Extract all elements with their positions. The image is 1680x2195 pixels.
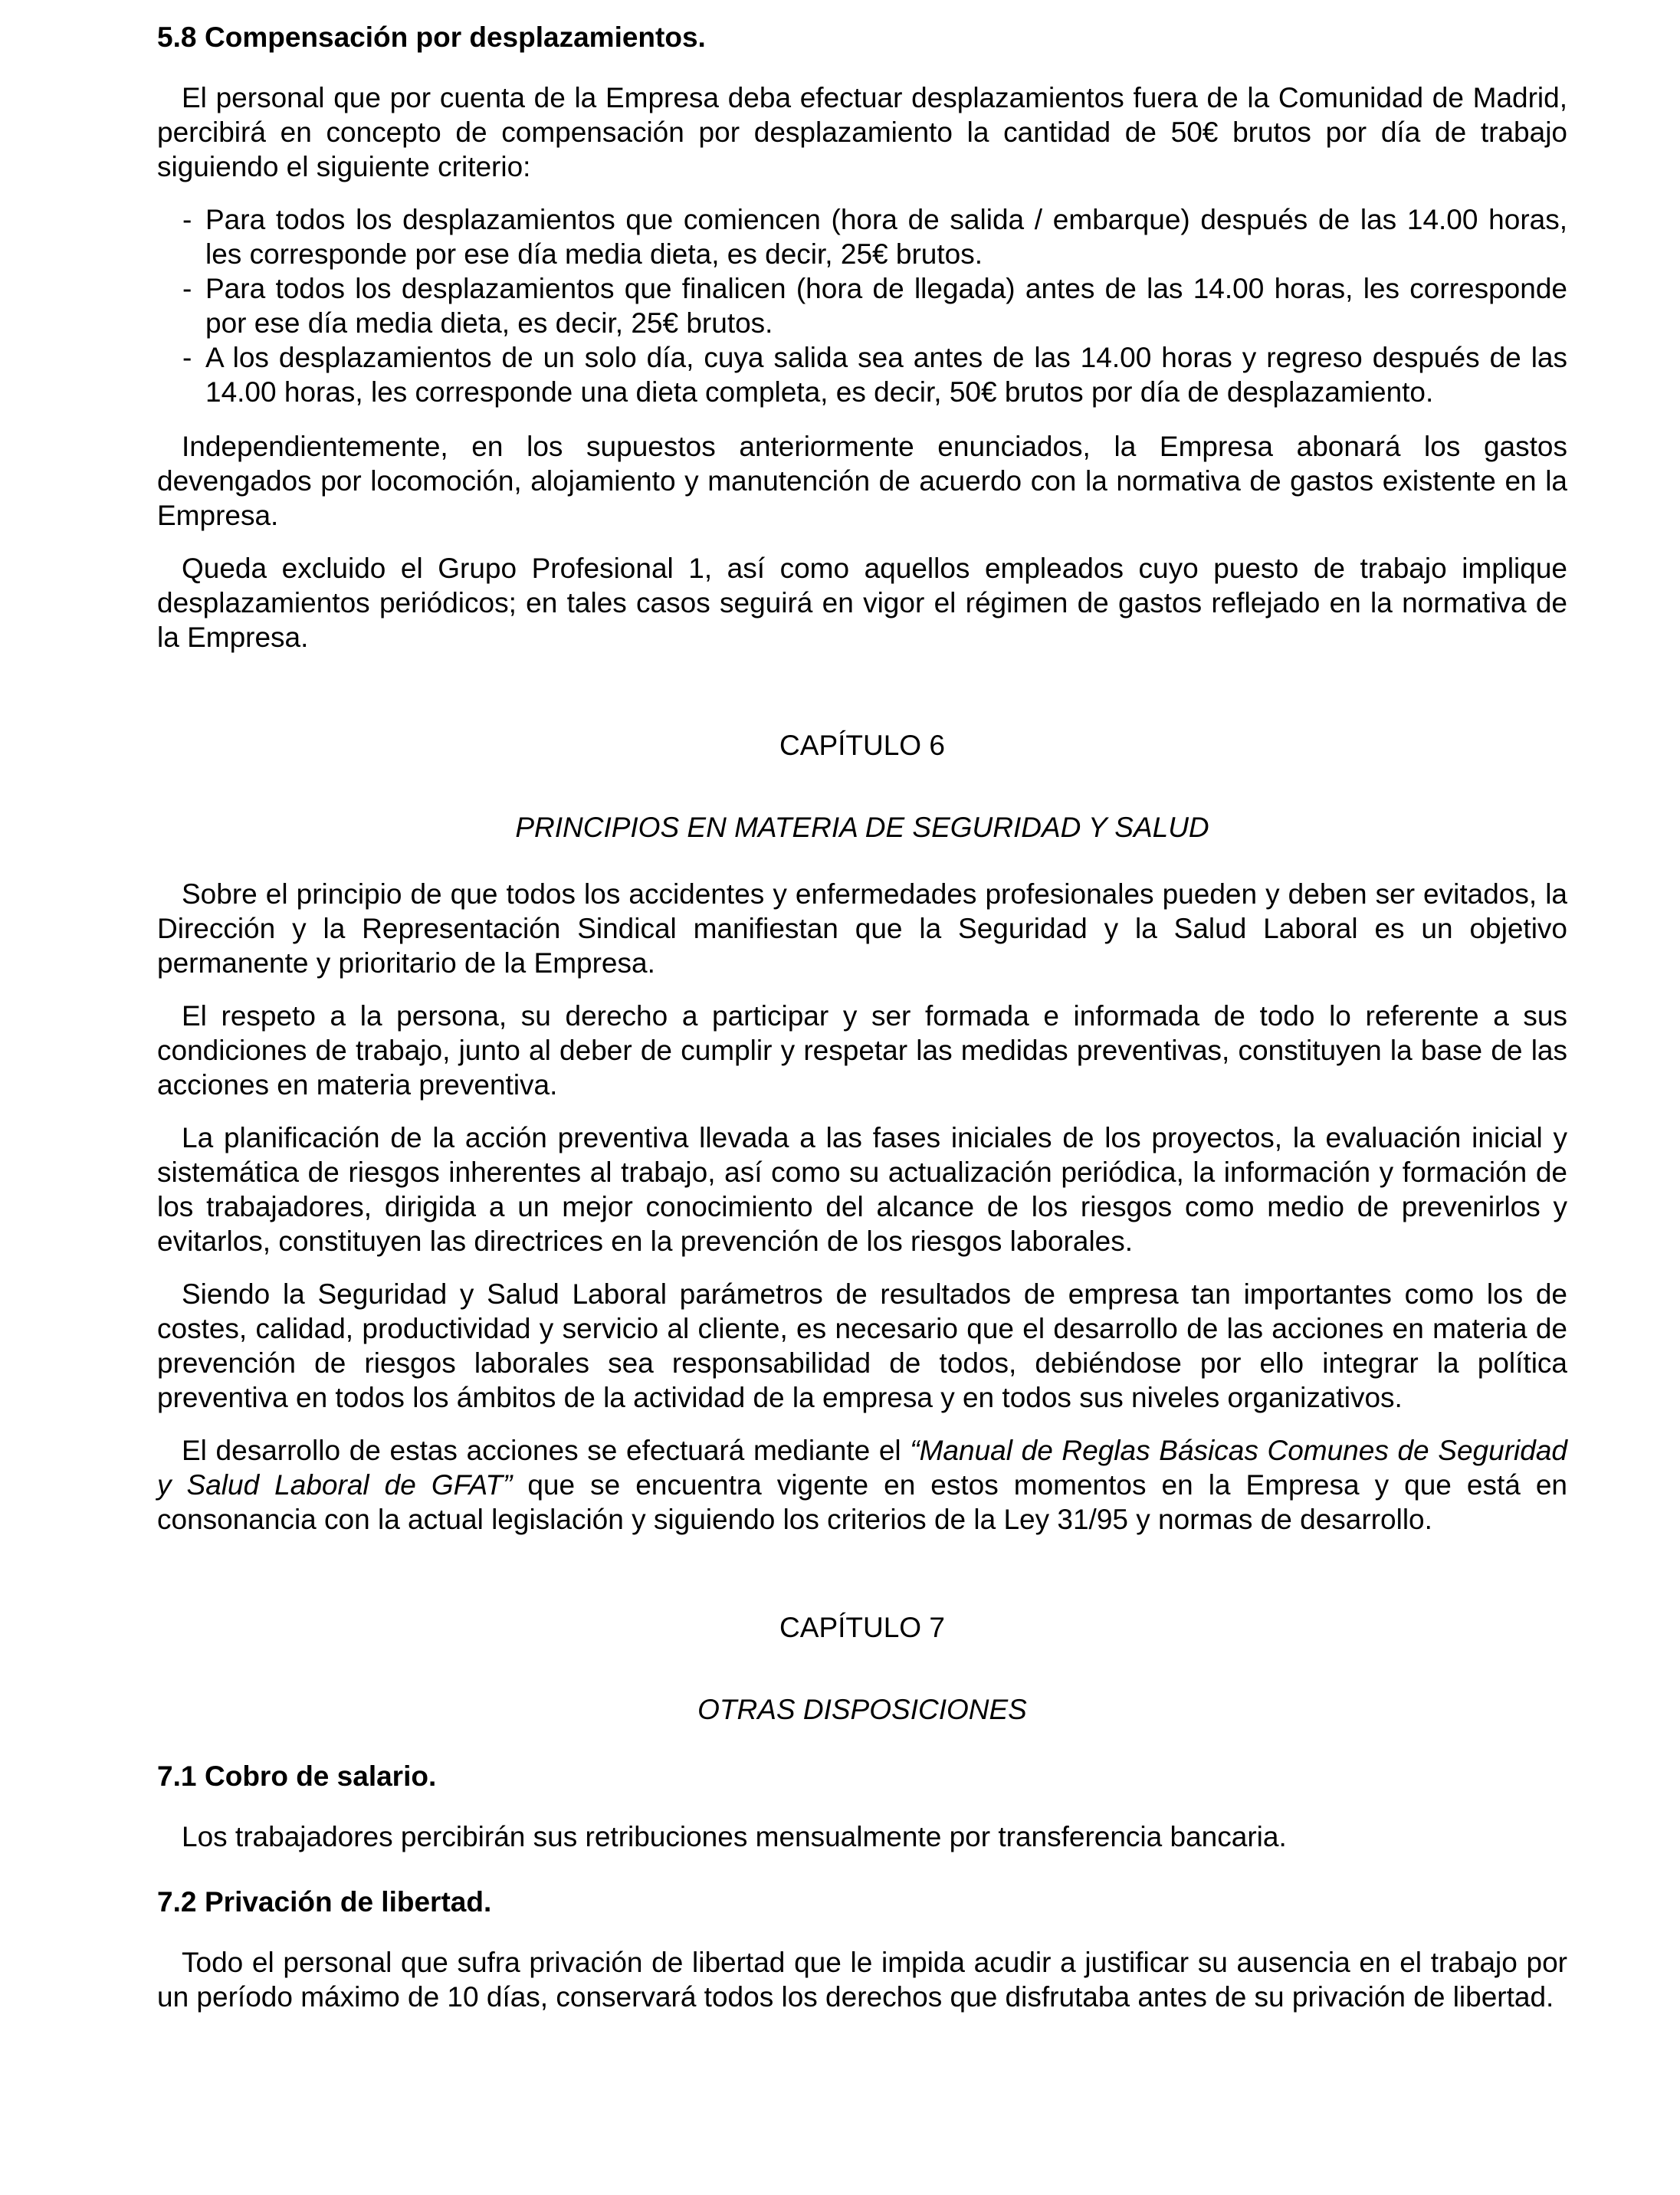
chapter-6-heading: CAPÍTULO 6 [157, 728, 1567, 763]
section-7-1-title: Cobro de salario. [205, 1759, 436, 1793]
list-item: - Para todos los desplazamientos que com… [157, 202, 1567, 271]
section-7-1-heading: 7.1 Cobro de salario. [157, 1759, 1567, 1793]
list-item: - A los desplazamientos de un solo día, … [157, 340, 1567, 409]
final-paragraph-text-before: El desarrollo de estas acciones se efect… [182, 1435, 910, 1466]
section-5-8-number: 5.8 [157, 20, 205, 54]
section-5-8-title: Compensación por desplazamientos. [205, 20, 706, 54]
section-5-8-paragraph-3: Queda excluido el Grupo Profesional 1, a… [157, 551, 1567, 655]
section-7-2-title: Privación de libertad. [205, 1885, 491, 1919]
chapter-6-paragraph-2: El respeto a la persona, su derecho a pa… [157, 999, 1567, 1102]
section-5-8-bullet-list: - Para todos los desplazamientos que com… [157, 202, 1567, 409]
chapter-6-paragraph-1: Sobre el principio de que todos los acci… [157, 877, 1567, 980]
bullet-text: Para todos los desplazamientos que comie… [205, 202, 1567, 271]
bullet-text: Para todos los desplazamientos que final… [205, 271, 1567, 340]
document-page: 5.8 Compensación por desplazamientos. El… [0, 0, 1680, 2195]
bullet-text: A los desplazamientos de un solo día, cu… [205, 340, 1567, 409]
chapter-6-paragraph-3: La planificación de la acción preventiva… [157, 1120, 1567, 1258]
chapter-6-paragraph-4: Siendo la Seguridad y Salud Laboral pará… [157, 1277, 1567, 1415]
chapter-7-subtitle: OTRAS DISPOSICIONES [157, 1692, 1567, 1727]
section-5-8-heading: 5.8 Compensación por desplazamientos. [157, 20, 1567, 54]
section-7-1-number: 7.1 [157, 1759, 205, 1793]
chapter-7-heading: CAPÍTULO 7 [157, 1610, 1567, 1645]
section-7-1-paragraph: Los trabajadores percibirán sus retribuc… [157, 1819, 1567, 1854]
section-7-2-paragraph: Todo el personal que sufra privación de … [157, 1945, 1567, 2014]
section-5-8-intro-paragraph: El personal que por cuenta de la Empresa… [157, 80, 1567, 184]
section-7-2-heading: 7.2 Privación de libertad. [157, 1885, 1567, 1919]
bullet-dash-marker: - [182, 340, 205, 409]
bullet-dash-marker: - [182, 202, 205, 271]
chapter-6-final-paragraph: El desarrollo de estas acciones se efect… [157, 1433, 1567, 1537]
bullet-dash-marker: - [182, 271, 205, 340]
section-5-8-paragraph-2: Independientemente, en los supuestos ant… [157, 429, 1567, 533]
chapter-6-subtitle: PRINCIPIOS EN MATERIA DE SEGURIDAD Y SAL… [157, 810, 1567, 845]
section-7-2-number: 7.2 [157, 1885, 205, 1919]
list-item: - Para todos los desplazamientos que fin… [157, 271, 1567, 340]
